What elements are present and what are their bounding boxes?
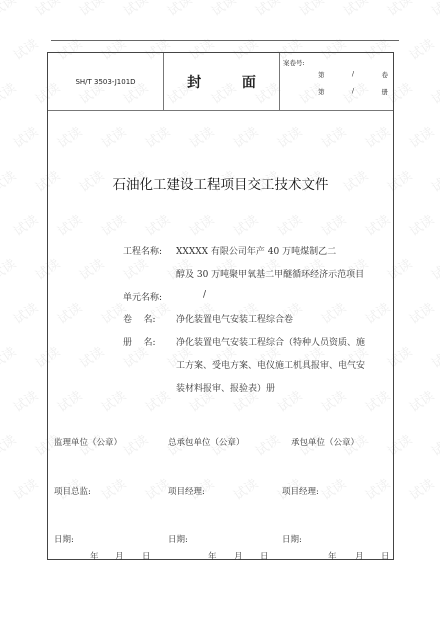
month-3: 月 <box>355 550 364 562</box>
watermark-text: 试读 <box>0 253 19 283</box>
watermark-text: 试读 <box>0 429 19 459</box>
watermark-text: 试读 <box>295 0 327 20</box>
cover-frame: SH/T 3503-J101D 封 面 案卷号: 第 / 卷 第 / 册 石油化… <box>47 52 394 560</box>
header-row: SH/T 3503-J101D 封 面 案卷号: 第 / 卷 第 / 册 <box>48 53 393 111</box>
unit-name-label: 单元名称: <box>123 290 162 303</box>
date-label-1: 日期: <box>54 533 74 545</box>
volume-suffix: 卷 <box>381 70 388 79</box>
date-label-2: 日期: <box>168 533 188 545</box>
watermark-text: 试读 <box>427 429 440 459</box>
day-2: 日 <box>260 550 269 562</box>
contractor-project-manager-label: 项目经理: <box>282 485 319 497</box>
watermark-text: 试读 <box>9 473 41 503</box>
watermark-text: 试读 <box>9 33 41 63</box>
project-name-line2: 醇及 30 万吨聚甲氧基二甲醚循环经济示范项目 <box>176 267 364 280</box>
project-name-label: 工程名称: <box>123 244 162 257</box>
watermark-text: 试读 <box>0 77 19 107</box>
unit-name-value: / <box>203 290 206 300</box>
watermark-text: 试读 <box>251 0 283 20</box>
book-name-line1: 净化装置电气安装工程综合（特种人员资质、施 <box>176 335 365 348</box>
watermark-text: 试读 <box>339 0 371 20</box>
top-rule <box>51 40 399 41</box>
month-1: 月 <box>115 550 124 562</box>
watermark-text: 试读 <box>405 209 437 239</box>
book-name-line3: 装材料报审、报验表）册 <box>176 381 275 394</box>
volume-sep: / <box>352 70 354 79</box>
file-number-cell: 案卷号: 第 / 卷 第 / 册 <box>279 53 394 110</box>
watermark-text: 试读 <box>9 121 41 151</box>
watermark-text: 试读 <box>383 0 415 20</box>
volume-number-row: 第 / 卷 <box>318 70 388 79</box>
watermark-text: 试读 <box>31 0 63 20</box>
watermark-text: 试读 <box>0 0 19 20</box>
book-sep: / <box>352 87 354 96</box>
watermark-text: 试读 <box>0 341 19 371</box>
chief-supervisor-label: 项目总监: <box>54 485 91 497</box>
watermark-text: 试读 <box>207 0 239 20</box>
watermark-text: 试读 <box>427 77 440 107</box>
volume-prefix: 第 <box>318 70 325 79</box>
book-name-label: 册 名: <box>123 335 155 348</box>
form-title: 封 面 <box>163 53 279 110</box>
file-number-label: 案卷号: <box>283 58 305 67</box>
date-label-3: 日期: <box>282 533 302 545</box>
watermark-text: 试读 <box>427 253 440 283</box>
watermark-text: 试读 <box>405 33 437 63</box>
watermark-text: 试读 <box>427 0 440 20</box>
watermark-text: 试读 <box>405 121 437 151</box>
year-3: 年 <box>328 550 337 562</box>
day-3: 日 <box>381 550 390 562</box>
watermark-text: 试读 <box>427 341 440 371</box>
watermark-text: 试读 <box>75 0 107 20</box>
watermark-text: 试读 <box>427 165 440 195</box>
day-1: 日 <box>142 550 151 562</box>
volume-name-label: 卷 名: <box>123 312 155 325</box>
book-prefix: 第 <box>318 87 325 96</box>
book-suffix: 册 <box>381 87 388 96</box>
year-2: 年 <box>208 550 217 562</box>
month-2: 月 <box>234 550 243 562</box>
watermark-text: 试读 <box>119 0 151 20</box>
watermark-text: 试读 <box>0 165 19 195</box>
book-name-line2: 工方案、受电方案、电仪施工机具报审、电气安 <box>176 358 365 371</box>
supervisor-unit-seal: 监理单位（公章） <box>54 436 122 448</box>
watermark-text: 试读 <box>405 473 437 503</box>
gc-project-manager-label: 项目经理: <box>168 485 205 497</box>
standard-code: SH/T 3503-J101D <box>48 53 163 110</box>
watermark-text: 试读 <box>163 0 195 20</box>
general-contractor-seal: 总承包单位（公章） <box>168 436 245 448</box>
watermark-text: 试读 <box>9 297 41 327</box>
year-1: 年 <box>90 550 99 562</box>
project-name-line1: XXXXX 有限公司年产 40 万吨煤制乙二 <box>176 244 336 257</box>
watermark-text: 试读 <box>405 297 437 327</box>
watermark-text: 试读 <box>9 385 41 415</box>
contractor-seal: 承包单位（公章） <box>291 436 359 448</box>
document-title: 石油化工建设工程项目交工技术文件 <box>48 173 393 193</box>
watermark-text: 试读 <box>405 385 437 415</box>
watermark-text: 试读 <box>9 209 41 239</box>
book-number-row: 第 / 册 <box>318 87 388 96</box>
volume-name-value: 净化装置电气安装工程综合卷 <box>176 312 293 325</box>
